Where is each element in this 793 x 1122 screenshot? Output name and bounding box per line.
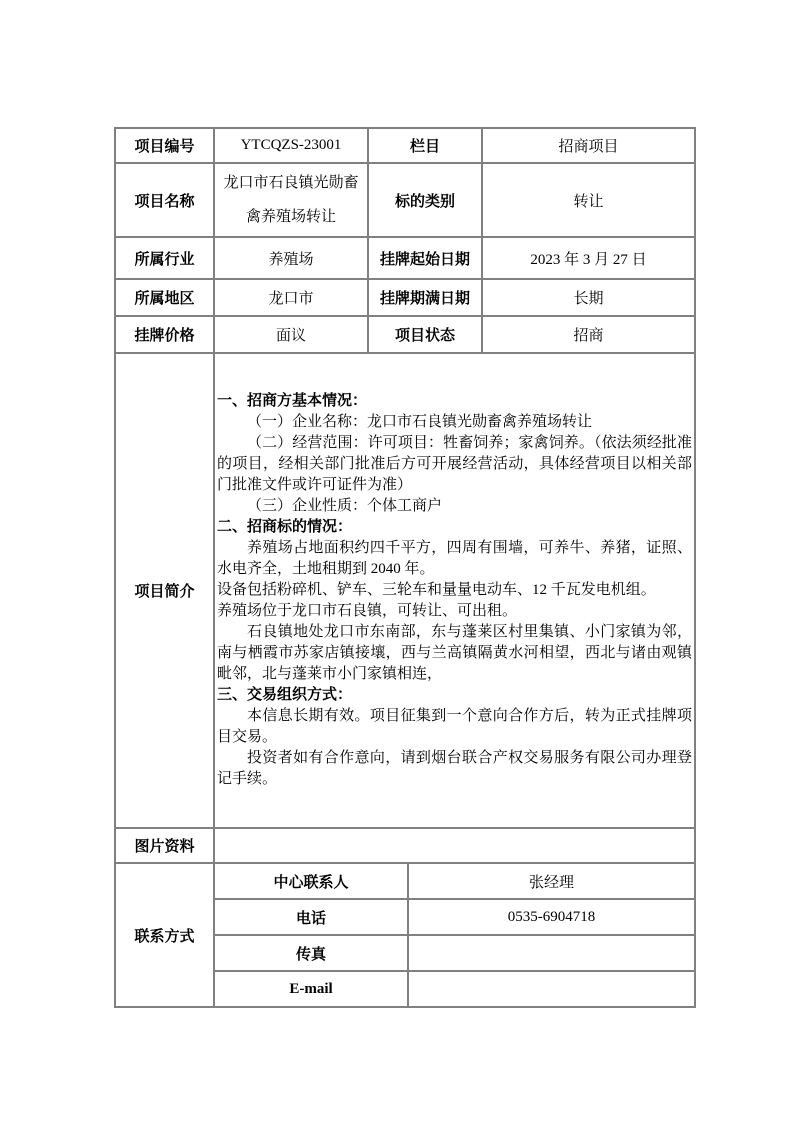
label-contact-info: 联系方式: [115, 863, 214, 1007]
value-category: 招商项目: [482, 128, 695, 163]
value-fax: [408, 935, 695, 971]
table-row: 图片资料: [115, 828, 695, 863]
value-project-name: 龙口市石良镇光勋畜禽养殖场转让: [214, 163, 368, 237]
value-industry: 养殖场: [214, 237, 368, 279]
label-region: 所属地区: [115, 279, 214, 316]
table-row: 所属行业 养殖场 挂牌起始日期 2023 年 3 月 27 日: [115, 237, 695, 279]
intro-paragraph: 养殖场位于龙口市石良镇，可转让、可出租。: [217, 601, 692, 622]
label-project-status: 项目状态: [368, 316, 482, 353]
intro-paragraph: 二、招商标的情况：: [217, 517, 692, 538]
value-listing-start-date: 2023 年 3 月 27 日: [482, 237, 695, 279]
value-photos: [214, 828, 695, 863]
intro-paragraph: 养殖场占地面积约四千平方，四周有围墙，可养牛、养猪，证照、水电齐全，土地租期到 …: [217, 538, 692, 580]
label-phone: 电话: [214, 899, 408, 935]
intro-paragraph: （三）企业性质：个体工商户: [217, 496, 692, 517]
document-page: 项目编号 YTCQZS-23001 栏目 招商项目 项目名称 龙口市石良镇光勋畜…: [0, 0, 793, 1122]
project-intro-cell: 一、招商方基本情况：（一）企业名称：龙口市石良镇光勋畜禽养殖场转让（二）经营范围…: [214, 353, 695, 828]
table-row: 所属地区 龙口市 挂牌期满日期 长期: [115, 279, 695, 316]
label-project-id: 项目编号: [115, 128, 214, 163]
label-listing-expiry-date: 挂牌期满日期: [368, 279, 482, 316]
label-email: E-mail: [214, 971, 408, 1007]
intro-paragraph: （二）经营范围：许可项目：牲畜饲养；家禽饲养。（依法须经批准的项目，经相关部门批…: [217, 433, 692, 496]
label-contact-person: 中心联系人: [214, 863, 408, 899]
table-row: 挂牌价格 面议 项目状态 招商: [115, 316, 695, 353]
value-email: [408, 971, 695, 1007]
value-listing-expiry-date: 长期: [482, 279, 695, 316]
intro-paragraph: 本信息长期有效。项目征集到一个意向合作方后，转为正式挂牌项目交易。: [217, 706, 692, 748]
value-contact-person: 张经理: [408, 863, 695, 899]
intro-paragraph: 一、招商方基本情况：: [217, 391, 692, 412]
value-project-status: 招商: [482, 316, 695, 353]
label-subject-type: 标的类别: [368, 163, 482, 237]
table-row: 项目简介 一、招商方基本情况：（一）企业名称：龙口市石良镇光勋畜禽养殖场转让（二…: [115, 353, 695, 828]
label-fax: 传真: [214, 935, 408, 971]
label-category: 栏目: [368, 128, 482, 163]
project-info-table: 项目编号 YTCQZS-23001 栏目 招商项目 项目名称 龙口市石良镇光勋畜…: [114, 127, 696, 1008]
value-region: 龙口市: [214, 279, 368, 316]
label-project-name: 项目名称: [115, 163, 214, 237]
intro-paragraph: 投资者如有合作意向，请到烟台联合产权交易服务有限公司办理登记手续。: [217, 748, 692, 790]
value-listing-price: 面议: [214, 316, 368, 353]
label-project-intro: 项目简介: [115, 353, 214, 828]
value-phone: 0535-6904718: [408, 899, 695, 935]
label-listing-start-date: 挂牌起始日期: [368, 237, 482, 279]
project-intro-content: 一、招商方基本情况：（一）企业名称：龙口市石良镇光勋畜禽养殖场转让（二）经营范围…: [217, 391, 692, 790]
table-row: 联系方式 中心联系人 张经理: [115, 863, 695, 899]
label-photos: 图片资料: [115, 828, 214, 863]
label-industry: 所属行业: [115, 237, 214, 279]
intro-paragraph: 石良镇地处龙口市东南部，东与蓬莱区村里集镇、小门家镇为邻，南与栖霞市苏家店镇接壤…: [217, 622, 692, 685]
table-row: 项目编号 YTCQZS-23001 栏目 招商项目: [115, 128, 695, 163]
value-project-id: YTCQZS-23001: [214, 128, 368, 163]
intro-paragraph: 设备包括粉碎机、铲车、三轮车和量量电动车、12 千瓦发电机组。: [217, 580, 692, 601]
label-listing-price: 挂牌价格: [115, 316, 214, 353]
intro-paragraph: 三、交易组织方式：: [217, 685, 692, 706]
value-subject-type: 转让: [482, 163, 695, 237]
intro-paragraph: （一）企业名称：龙口市石良镇光勋畜禽养殖场转让: [217, 412, 692, 433]
table-row: 项目名称 龙口市石良镇光勋畜禽养殖场转让 标的类别 转让: [115, 163, 695, 237]
